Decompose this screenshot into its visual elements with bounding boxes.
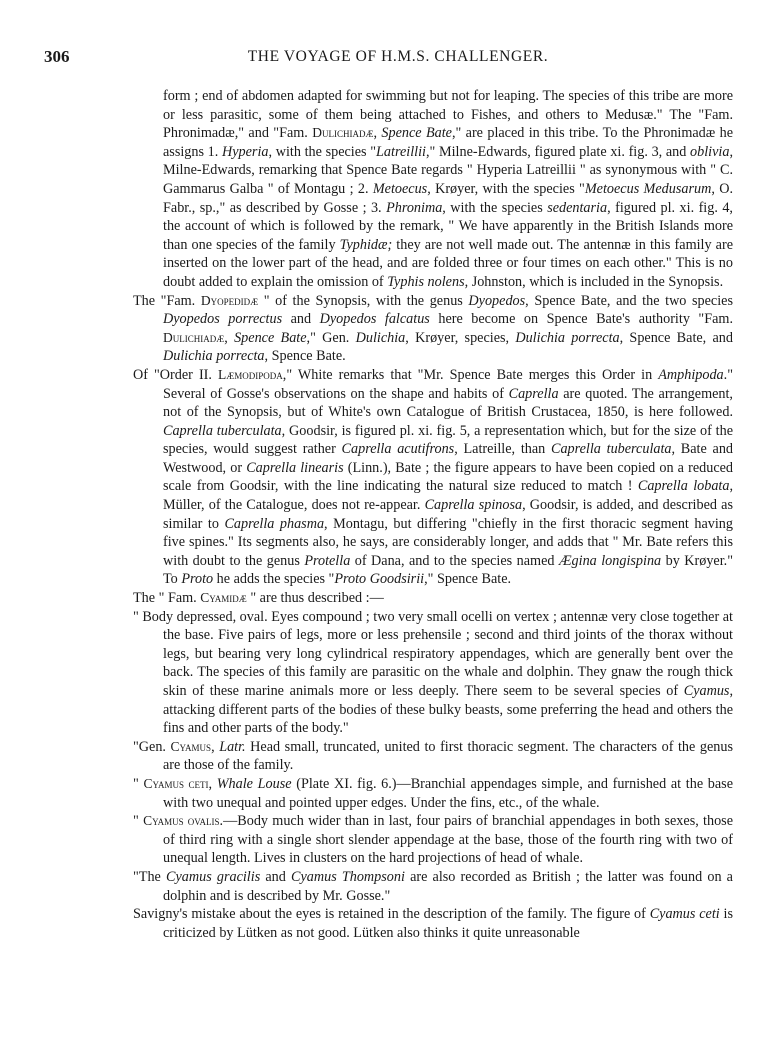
italic-text: Metoecus Medusarum (585, 181, 711, 197)
text-run: and (282, 311, 320, 327)
italic-text: Spence Bate (381, 125, 452, 141)
text-run: " (133, 813, 143, 829)
text-run: here become on Spence Bate's authority "… (430, 311, 733, 327)
small-caps-text: Cyamus ceti (143, 776, 208, 791)
italic-text: Dulichia porrecta (163, 348, 265, 364)
italic-text: Proto (181, 571, 213, 587)
italic-text: Cyamus ceti (650, 906, 720, 922)
text-run: , Spence Bate, and the two species (525, 293, 733, 309)
paragraph: The " Fam. Cyamidæ " are thus described … (133, 589, 733, 608)
paragraph: "The Cyamus gracilis and Cyamus Thompson… (133, 868, 733, 905)
paragraph: " Cyamus ceti, Whale Louse (Plate XI. fi… (133, 775, 733, 812)
italic-text: Ægina longispina (559, 553, 661, 569)
running-head: THE VOYAGE OF H.M.S. CHALLENGER. (0, 48, 776, 66)
paragraph: The "Fam. Dyopedidæ " of the Synopsis, w… (133, 292, 733, 366)
italic-text: sedentaria (547, 200, 607, 216)
text-run: , with the species (442, 200, 547, 216)
italic-text: Whale Louse (217, 776, 292, 792)
italic-text: Protella (304, 553, 350, 569)
italic-text: Caprella lobata (638, 478, 730, 494)
italic-text: Spence Bate (234, 330, 306, 346)
text-run: , Spence Bate, and (620, 330, 733, 346)
italic-text: Cyamus (684, 683, 730, 699)
text-run: , Latreille, than (454, 441, 551, 457)
text-run: , Krøyer, species, (405, 330, 515, 346)
small-caps-text: Cyamus (171, 739, 212, 754)
italic-text: Caprella tuberculata (551, 441, 672, 457)
text-run: , Spence Bate. (265, 348, 346, 364)
text-run: " (133, 776, 143, 792)
paragraph: " Body depressed, oval. Eyes compound ; … (133, 608, 733, 738)
text-run: he adds the species " (213, 571, 334, 587)
page-body: form ; end of abdomen adapted for swimmi… (133, 87, 733, 942)
italic-text: Latr. (219, 739, 245, 755)
paragraph: Of "Order II. Læmodipoda," White remarks… (133, 366, 733, 589)
text-run: , with the species " (268, 144, 376, 160)
italic-text: Caprella (509, 386, 559, 402)
italic-text: Metoecus (373, 181, 427, 197)
text-run: , (208, 776, 216, 792)
text-run: , Johnston, which is included in the Syn… (465, 274, 724, 290)
text-run: Savigny's mistake about the eyes is reta… (133, 906, 650, 922)
small-caps-text: Læmodipoda (218, 367, 283, 382)
small-caps-text: Dulichiadæ (312, 125, 373, 140)
italic-text: Cyamus gracilis (166, 869, 260, 885)
text-run: Of "Order II. (133, 367, 218, 383)
italic-text: Proto Goodsirii (334, 571, 424, 587)
italic-text: Typhis nolens (387, 274, 464, 290)
small-caps-text: Dulichiadæ (163, 330, 224, 345)
italic-text: Phronima (386, 200, 442, 216)
text-run: ," Gen. (307, 330, 356, 346)
italic-text: Dyopedos (468, 293, 525, 309)
small-caps-text: Cyamus ovalis (143, 813, 219, 828)
small-caps-text: Cyamidæ (200, 590, 247, 605)
italic-text: Latreillii (376, 144, 426, 160)
text-run: ," Spence Bate. (424, 571, 511, 587)
italic-text: Cyamus Thompsoni (291, 869, 405, 885)
text-run: The " Fam. (133, 590, 200, 606)
paragraph: Savigny's mistake about the eyes is reta… (133, 905, 733, 942)
text-run: "Gen. (133, 739, 171, 755)
italic-text: Caprella acutifrons (342, 441, 455, 457)
text-run: , (224, 330, 234, 346)
italic-text: Dulichia porrecta (515, 330, 619, 346)
italic-text: Caprella linearis (246, 460, 343, 476)
paragraph: form ; end of abdomen adapted for swimmi… (133, 87, 733, 292)
text-run: The "Fam. (133, 293, 201, 309)
text-run: , Krøyer, with the species " (427, 181, 585, 197)
italic-text: Dulichia (356, 330, 406, 346)
text-run: of Dana, and to the species named (350, 553, 559, 569)
text-run: " of the Synopsis, with the genus (258, 293, 468, 309)
paragraph: " Cyamus ovalis.—Body much wider than in… (133, 812, 733, 868)
italic-text: Caprella tuberculata (163, 423, 282, 439)
text-run: "The (133, 869, 166, 885)
paragraph: "Gen. Cyamus, Latr. Head small, truncate… (133, 738, 733, 775)
text-run: , (211, 739, 219, 755)
small-caps-text: Dyopedidæ (201, 293, 258, 308)
italic-text: Typhidæ; (340, 237, 393, 253)
italic-text: Dyopedos porrectus (163, 311, 282, 327)
italic-text: Amphipoda (658, 367, 723, 383)
text-run: " are thus described :— (247, 590, 384, 606)
text-run: .—Body much wider than in last, four pai… (163, 813, 733, 866)
text-run: and (260, 869, 291, 885)
italic-text: Caprella phasma (224, 516, 324, 532)
text-run: ," Milne-Edwards, figured plate xi. fig.… (426, 144, 690, 160)
text-run: " Body depressed, oval. Eyes compound ; … (133, 609, 733, 699)
text-run: ," White remarks that "Mr. Spence Bate m… (283, 367, 658, 383)
italic-text: Hyperia (222, 144, 269, 160)
italic-text: oblivia (690, 144, 729, 160)
italic-text: Caprella spinosa (425, 497, 522, 513)
text-run: Head small, truncated, united to first t… (163, 739, 733, 774)
italic-text: Dyopedos falcatus (320, 311, 430, 327)
